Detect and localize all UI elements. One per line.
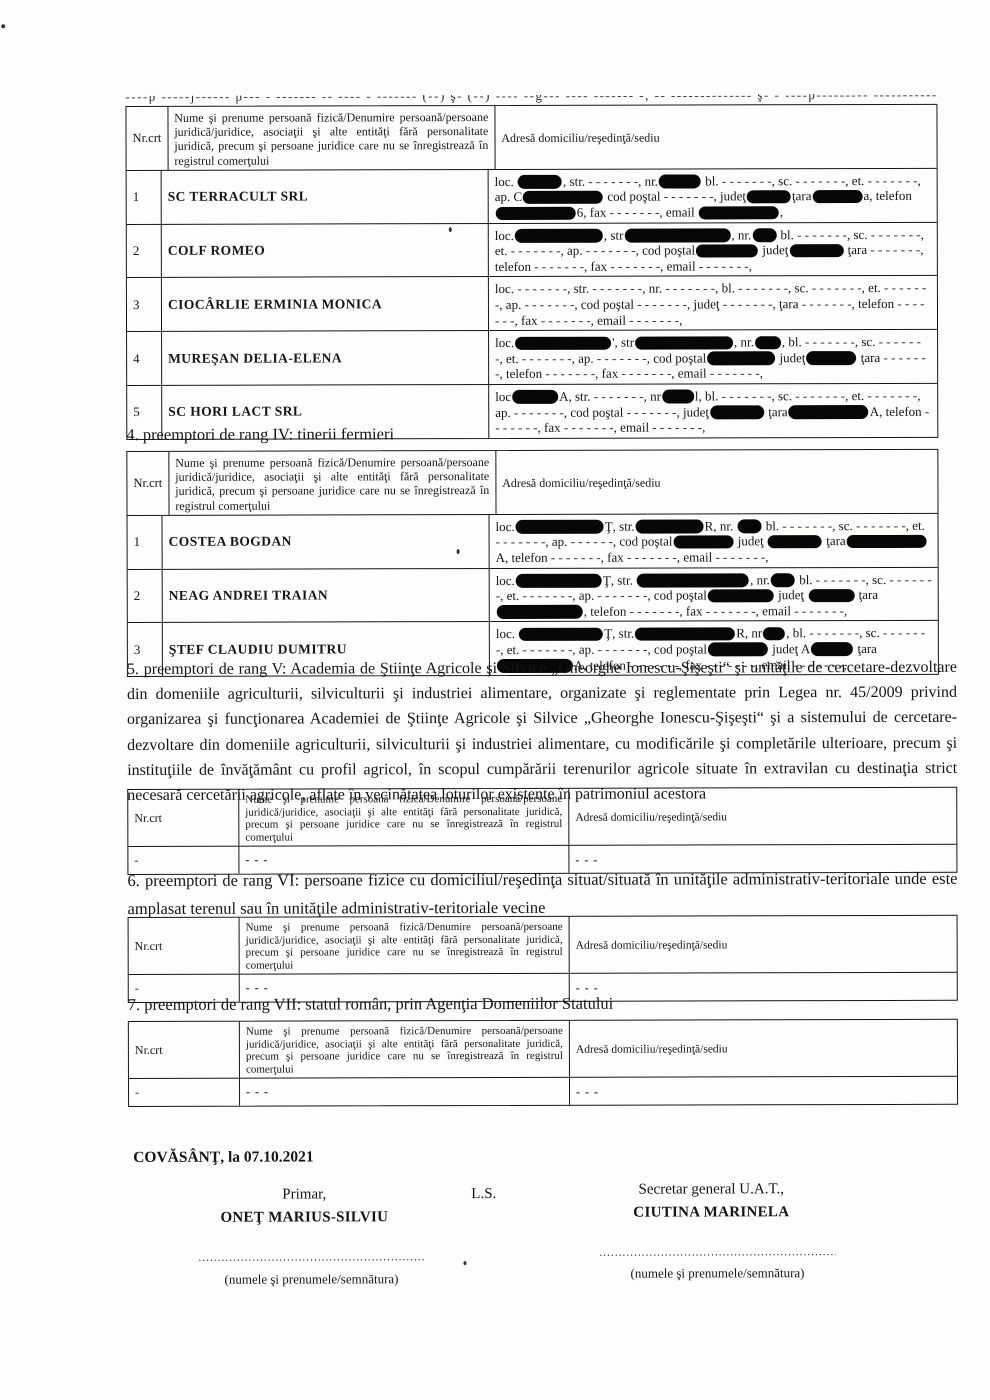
preemptor-name: COSTEA BOGDAN <box>162 515 489 569</box>
redaction-bar <box>518 175 562 189</box>
preemptor-name: MUREŞAN DELIA-ELENA <box>161 331 488 385</box>
redaction-bar <box>637 573 749 587</box>
redaction-bar <box>516 574 602 588</box>
header-name: Nume şi prenume persoană fizică/Denumire… <box>168 451 495 515</box>
redaction-bar <box>807 351 857 365</box>
preemptors-table-rang6-empty: Nr.crt Nume şi prenume persoană fizică/D… <box>128 915 958 1004</box>
redaction-bar <box>673 535 733 549</box>
table-header-row: Nr.crt Nume şi prenume persoană fizică/D… <box>128 788 956 847</box>
preemptor-name: NEAG ANDREI TRAIAN <box>162 569 489 623</box>
redaction-bar <box>708 589 774 603</box>
header-address: Adresă domiciliu/reşedinţă/sediu <box>569 916 957 973</box>
mayor-role-label: Primar, <box>229 1186 379 1203</box>
preemptors-table-rang5-empty: Nr.crt Nume şi prenume persoană fizică/D… <box>127 787 957 876</box>
signature-note-right: (numele şi prenumele/semnătura) <box>603 1265 831 1282</box>
header-nrcrt: Nr.crt <box>126 107 167 170</box>
table-row: 2COLF ROMEOloc., str, nr. bl. - - - - - … <box>127 221 937 277</box>
scanned-document-page: ----p -----j------ p--- - ------- -- ---… <box>0 0 990 1400</box>
redaction-bar <box>512 390 558 404</box>
row-number: 1 <box>127 171 161 224</box>
secretary-name: CIUTINA MARINELA <box>601 1204 821 1222</box>
header-nrcrt: Nr.crt <box>127 452 168 515</box>
redaction-bar <box>662 390 694 404</box>
preemptors-table-rang7-empty: Nr.crt Nume şi prenume persoană fizică/D… <box>128 1019 958 1108</box>
redaction-bar <box>624 228 730 242</box>
header-address: Adresă domiciliu/reşedinţă/sediu <box>495 450 937 514</box>
preemptor-address: loc., str, nr. bl. - - - - - - -, sc. - … <box>488 222 937 276</box>
redaction-bar <box>789 244 843 258</box>
header-nrcrt: Nr.crt <box>128 790 238 847</box>
row-number: - <box>129 1079 239 1106</box>
redaction-bar <box>737 520 761 534</box>
preemptor-address: - - - <box>569 1077 957 1105</box>
redaction-bar <box>635 627 735 641</box>
redaction-bar <box>808 589 854 603</box>
mayor-name: ONEŢ MARIUS-SILVIU <box>179 1209 429 1227</box>
preemptor-address: locA, str. - - - - - - -, nrl, bl. - - -… <box>488 384 937 438</box>
preemptors-table-rang3: Nr.crt Nume şi prenume persoană fizică/D… <box>125 104 938 440</box>
redaction-bar <box>707 352 775 366</box>
redaction-bar <box>771 573 795 587</box>
header-address: Adresă domiciliu/reşedinţă/sediu <box>568 788 956 845</box>
scan-artifact <box>463 1261 466 1265</box>
redaction-bar <box>659 175 701 189</box>
table-header-row: Nr.crt Nume şi prenume persoană fizică/D… <box>126 105 936 170</box>
header-name: Nume şi prenume persoană fizică/Denumire… <box>167 106 494 170</box>
table-row: 1SC TERRACULT SRLloc. , str. - - - - - -… <box>127 168 937 224</box>
table-header-row: Nr.crt Nume şi prenume persoană fizică/D… <box>127 450 937 515</box>
signature-note-left: (numele şi prenumele/semnătura) <box>199 1271 423 1288</box>
redaction-bar <box>497 605 583 619</box>
redaction-bar <box>636 520 704 534</box>
preemptor-name: SC TERRACULT SRL <box>161 170 488 224</box>
table-row: 4MUREŞAN DELIA-ELENAloc.', str, nr., bl.… <box>127 329 937 385</box>
header-address: Adresă domiciliu/reşedinţă/sediu <box>494 105 936 169</box>
preemptor-address: loc.', str, nr., bl. - - - - - - -, sc. … <box>488 330 937 384</box>
redaction-bar <box>696 244 758 258</box>
preemptor-address: loc.Ţ, str.R, nr. bl. - - - - - - -, sc.… <box>489 514 938 568</box>
redaction-bar <box>847 535 927 549</box>
table-row: -- - -- - - <box>129 1076 957 1106</box>
section5-paragraph: 5. preemptori de rang V: Academia de Şti… <box>127 655 957 808</box>
redaction-bar <box>763 627 785 641</box>
redaction-bar <box>515 229 603 243</box>
header-name: Nume şi prenume persoană fizică/Denumire… <box>239 917 569 974</box>
signature-dotted-line-right: ........................................… <box>599 1246 835 1259</box>
preemptor-address: - - - <box>569 973 957 1001</box>
redaction-bar <box>635 336 733 350</box>
redaction-bar <box>516 520 604 534</box>
redaction-bar <box>755 336 781 350</box>
scan-artifact <box>1 24 5 28</box>
section7-heading: 7. preemptori de rang VII: statul român,… <box>128 994 613 1015</box>
preemptor-address: loc. , str. - - - - - - -, nr. bl. - - -… <box>488 169 937 223</box>
table-row: 1COSTEA BOGDANloc.Ţ, str.R, nr. bl. - - … <box>128 513 938 569</box>
table-row: 3CIOCÂRLIE ERMINIA MONICAloc. - - - - - … <box>127 275 937 331</box>
redaction-bar <box>789 405 869 419</box>
row-number: 4 <box>127 332 161 385</box>
preemptor-name: - - - <box>239 1078 569 1106</box>
row-number: 2 <box>127 224 161 277</box>
row-number: 2 <box>128 569 162 622</box>
redaction-bar <box>747 190 791 204</box>
header-name: Nume şi prenume persoană fizică/Denumire… <box>239 1021 569 1078</box>
redaction-bar <box>496 206 576 220</box>
signature-dotted-line-left: ........................................… <box>198 1251 424 1264</box>
preemptor-name: COLF ROMEO <box>161 224 488 278</box>
table-row: 2NEAG ANDREI TRAIANloc.Ţ, str. , nr. bl.… <box>128 566 938 622</box>
redaction-bar <box>699 206 779 220</box>
seal-placeholder-ls: L.S. <box>471 1186 496 1203</box>
row-number: 1 <box>128 516 162 569</box>
preemptor-address: loc.Ţ, str. , nr. bl. - - - - - - -, sc.… <box>489 567 938 621</box>
redaction-bar <box>710 405 764 419</box>
redaction-bar <box>515 336 611 350</box>
header-address: Adresă domiciliu/reşedinţă/sediu <box>569 1020 957 1077</box>
document-sheet: ----p -----j------ p--- - ------- -- ---… <box>0 0 990 1400</box>
redaction-bar <box>523 191 603 205</box>
redaction-bar <box>812 190 862 204</box>
header-nrcrt: Nr.crt <box>129 918 239 975</box>
secretary-role-label: Secretar general U.A.T., <box>601 1181 821 1199</box>
preemptor-address: loc. - - - - - - -, str. - - - - - - -, … <box>488 276 937 330</box>
table-header-row: Nr.crt Nume şi prenume persoană fizică/D… <box>129 916 957 975</box>
preemptor-name: CIOCÂRLIE ERMINIA MONICA <box>161 277 488 331</box>
place-and-date: COVĂSÂNŢ, la 07.10.2021 <box>133 1148 313 1166</box>
header-nrcrt: Nr.crt <box>129 1022 239 1079</box>
header-name: Nume şi prenume persoană fizică/Denumire… <box>238 789 568 846</box>
row-number: 3 <box>127 278 161 331</box>
redaction-bar <box>752 228 776 242</box>
table-header-row: Nr.crt Nume şi prenume persoană fizică/D… <box>129 1020 957 1079</box>
redaction-bar <box>519 628 603 642</box>
redaction-bar <box>768 535 822 549</box>
preemptors-table-rang4: Nr.crt Nume şi prenume persoană fizică/D… <box>126 449 939 677</box>
section4-heading: 4. preemptori de rang IV: tinerii fermie… <box>126 424 394 445</box>
